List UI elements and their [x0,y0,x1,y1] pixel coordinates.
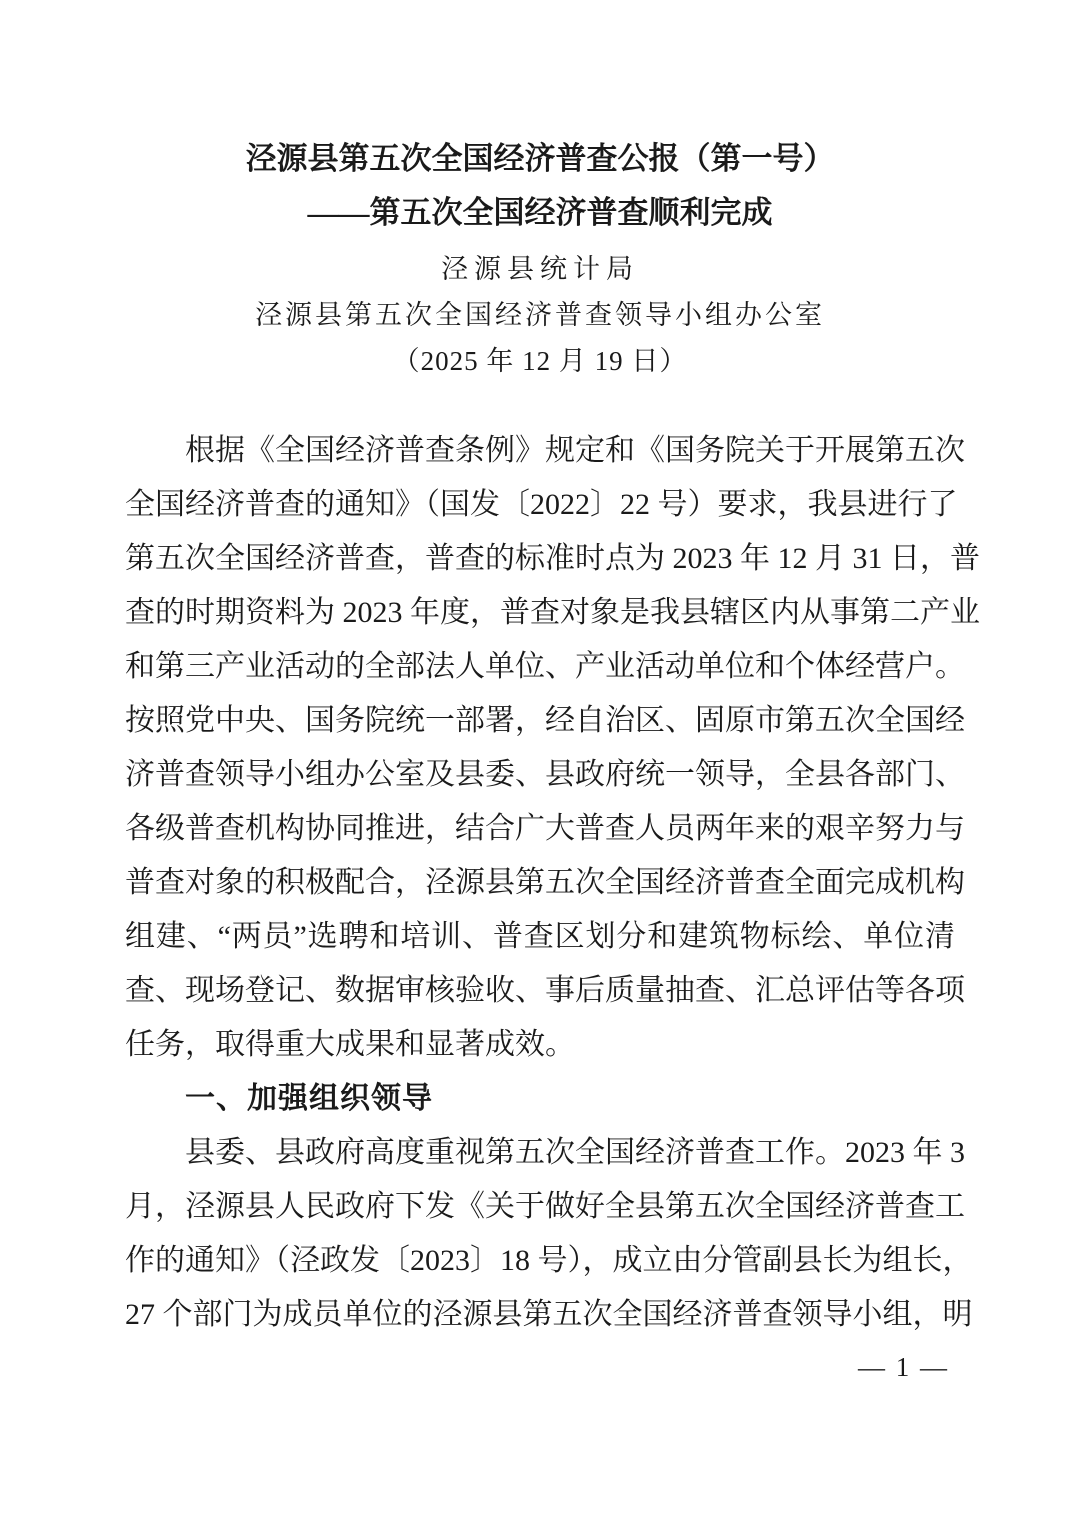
body-line: 第五次全国经济普查，普查的标准时点为 2023 年 12 月 31 日，普 [125,532,955,586]
document-title: 泾源县第五次全国经济普查公报（第一号） [125,138,955,180]
body-line: 普查对象的积极配合，泾源县第五次全国经济普查全面完成机构 [125,856,955,910]
body-line: 月，泾源县人民政府下发《关于做好全县第五次全国经济普查工 [125,1180,955,1234]
page-number: — 1 — [858,1350,949,1384]
body-line: 济普查领导小组办公室及县委、县政府统一领导，全县各部门、 [125,748,955,802]
body-line: 组建、“两员”选聘和培训、普查区划分和建筑物标绘、单位清 [125,910,955,964]
body-line: 任务，取得重大成果和显著成效。 [125,1018,955,1072]
body-line: 查的时期资料为 2023 年度，普查对象是我县辖区内从事第二产业 [125,586,955,640]
document-page: 泾源县第五次全国经济普查公报（第一号） ——第五次全国经济普查顺利完成 泾源县统… [0,0,1074,1520]
body-line: 查、现场登记、数据审核验收、事后质量抽查、汇总评估等各项 [125,964,955,1018]
document-body: 根据《全国经济普查条例》规定和《国务院关于开展第五次 全国经济普查的通知》（国发… [125,424,955,1342]
body-line: 27 个部门为成员单位的泾源县第五次全国经济普查领导小组，明 [125,1288,955,1342]
body-line: 县委、县政府高度重视第五次全国经济普查工作。2023 年 3 [125,1126,955,1180]
issuer-primary: 泾源县统计局 [125,252,955,286]
body-line: 全国经济普查的通知》（国发〔2022〕22 号）要求，我县进行了 [125,478,955,532]
body-line: 各级普查机构协同推进，结合广大普查人员两年来的艰辛努力与 [125,802,955,856]
section-heading-1: 一、加强组织领导 [125,1072,955,1126]
document-date: （2025 年 12 月 19 日） [125,344,955,378]
document-subtitle: ——第五次全国经济普查顺利完成 [125,192,955,234]
issuer-secondary: 泾源县第五次全国经济普查领导小组办公室 [125,298,955,332]
body-line: 按照党中央、国务院统一部署，经自治区、固原市第五次全国经 [125,694,955,748]
body-line: 作的通知》（泾政发〔2023〕18 号），成立由分管副县长为组长， [125,1234,955,1288]
body-line: 根据《全国经济普查条例》规定和《国务院关于开展第五次 [125,424,955,478]
body-line: 和第三产业活动的全部法人单位、产业活动单位和个体经营户。 [125,640,955,694]
